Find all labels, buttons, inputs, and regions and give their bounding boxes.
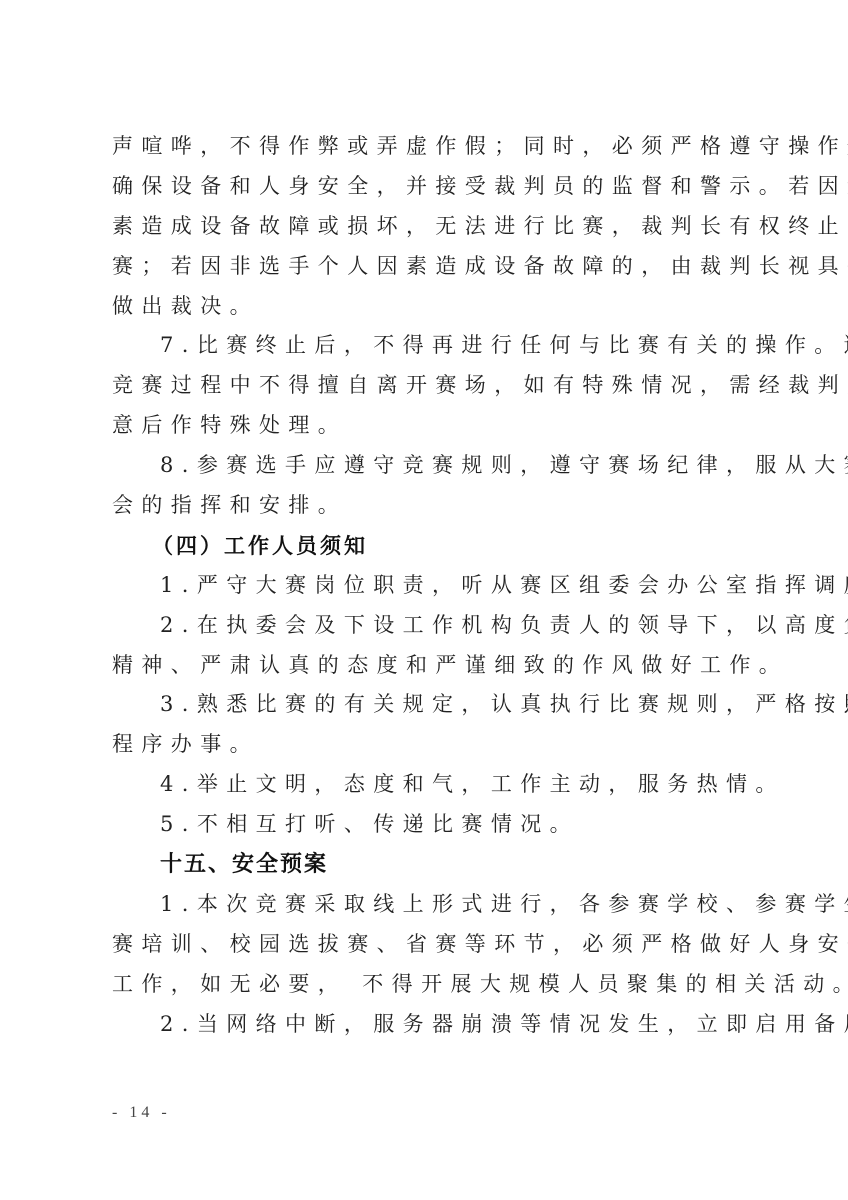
list-item-3: 3.熟悉比赛的有关规定，认真执行比赛规则，严格按照工作 xyxy=(112,685,752,725)
list-item-8: 8.参赛选手应遵守竞赛规则，遵守赛场纪律，服从大赛组委 xyxy=(112,446,752,486)
document-page: 声喧哗，不得作弊或弄虚作假；同时，必须严格遵守操作规程， 确保设备和人身安全，并… xyxy=(0,0,848,1200)
list-item-2: 2.在执委会及下设工作机构负责人的领导下，以高度负责的 xyxy=(112,606,752,646)
body-line: 做出裁决。 xyxy=(112,287,752,327)
list-item-5: 5.不相互打听、传递比赛情况。 xyxy=(112,805,752,845)
list-item-7: 7.比赛终止后，不得再进行任何与比赛有关的操作。选手在 xyxy=(112,326,752,366)
section-heading: 十五、安全预案 xyxy=(112,845,752,885)
page-number: - 14 - xyxy=(112,1104,171,1122)
body-line: 精神、严肃认真的态度和严谨细致的作风做好工作。 xyxy=(112,646,752,686)
subsection-heading: （四）工作人员须知 xyxy=(112,526,752,566)
body-line: 赛培训、校园选拔赛、省赛等环节，必须严格做好人身安全保障 xyxy=(112,925,752,965)
document-body: 声喧哗，不得作弊或弄虚作假；同时，必须严格遵守操作规程， 确保设备和人身安全，并… xyxy=(112,127,752,1044)
body-line: 声喧哗，不得作弊或弄虚作假；同时，必须严格遵守操作规程， xyxy=(112,127,752,167)
body-line: 赛；若因非选手个人因素造成设备故障的，由裁判长视具体情况 xyxy=(112,247,752,287)
body-line: 工作，如无必要， 不得开展大规模人员聚集的相关活动。 xyxy=(112,965,752,1005)
list-item-1: 1.严守大赛岗位职责，听从赛区组委会办公室指挥调度。 xyxy=(112,566,752,606)
body-line: 会的指挥和安排。 xyxy=(112,486,752,526)
body-line: 程序办事。 xyxy=(112,725,752,765)
list-item-4: 4.举止文明，态度和气，工作主动，服务热情。 xyxy=(112,765,752,805)
body-line: 素造成设备故障或损坏，无法进行比赛，裁判长有权终止该队比 xyxy=(112,207,752,247)
list-item-2: 2.当网络中断，服务器崩溃等情况发生，立即启用备用电脑 xyxy=(112,1005,752,1045)
body-line: 竞赛过程中不得擅自离开赛场，如有特殊情况，需经裁判人员同 xyxy=(112,366,752,406)
body-line: 确保设备和人身安全，并接受裁判员的监督和警示。若因选手因 xyxy=(112,167,752,207)
list-item-1: 1.本次竞赛采取线上形式进行，各参赛学校、参赛学生在竞 xyxy=(112,885,752,925)
body-line: 意后作特殊处理。 xyxy=(112,406,752,446)
